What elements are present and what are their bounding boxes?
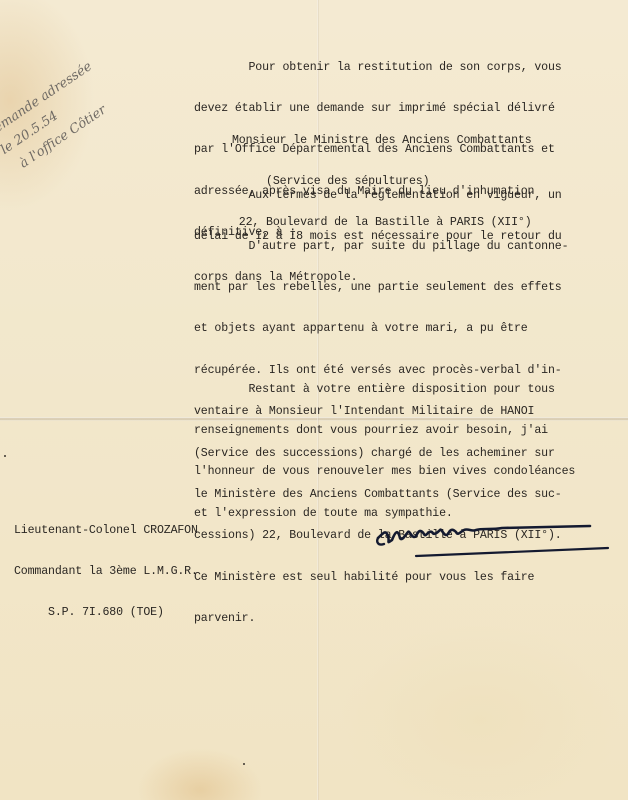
text-line: Pour obtenir la restitution de son corps… xyxy=(194,61,562,75)
paper-speck xyxy=(4,455,6,457)
signatory-name: Lieutenant-Colonel CROZAFON xyxy=(14,524,198,538)
text-line: renseignements dont vous pourriez avoir … xyxy=(194,424,575,438)
text-line: l'honneur de vous renouveler mes bien vi… xyxy=(194,465,575,479)
text-line: et objets ayant appartenu à votre mari, … xyxy=(194,322,568,336)
signatory-block: Lieutenant-Colonel CROZAFON Commandant l… xyxy=(14,496,198,648)
text-line: parvenir. xyxy=(194,612,568,626)
postal-sector: S.P. 7I.680 (TOE) xyxy=(14,606,198,620)
text-line: Ce Ministère est seul habilité pour vous… xyxy=(194,571,568,585)
text-line: ment par les rebelles, une partie seulem… xyxy=(194,281,568,295)
letter-page: Demande adressée le 20.5.54 à l'office C… xyxy=(0,0,628,800)
text-line: D'autre part, par suite du pillage du ca… xyxy=(194,240,568,254)
text-line: Restant à votre entière disposition pour… xyxy=(194,383,575,397)
handwritten-pencil-annotation: Demande adressée le 20.5.54 à l'office C… xyxy=(0,0,204,211)
handwritten-signature xyxy=(372,510,612,560)
paper-speck xyxy=(243,763,245,765)
text-line: Monsieur le Ministre des Anciens Combatt… xyxy=(232,134,532,148)
text-line: Aux termes de la règlementation en vigue… xyxy=(194,189,562,203)
signatory-title: Commandant la 3ème L.M.G.R. xyxy=(14,565,198,579)
